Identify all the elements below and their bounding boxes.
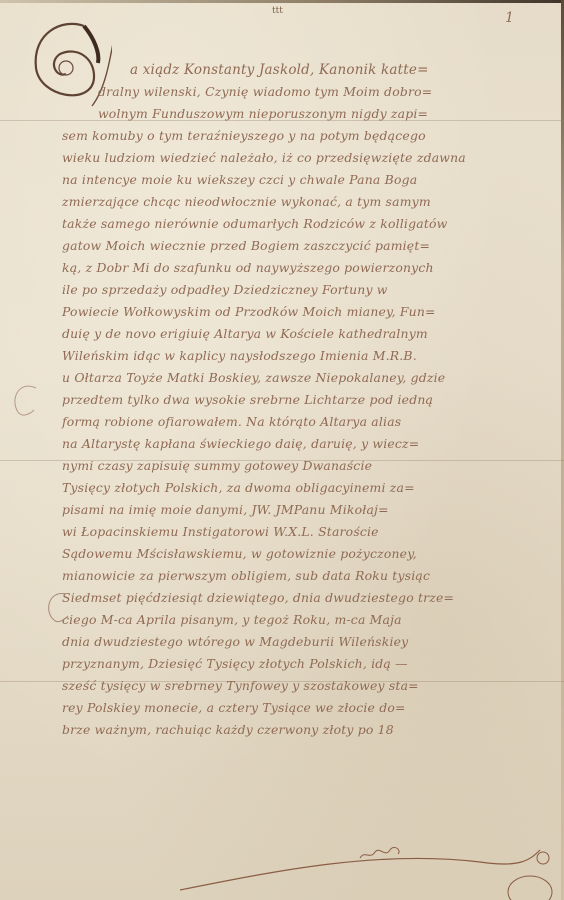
text-line: przedtem tylko dwa wysokie srebrne Licht…	[62, 392, 433, 407]
text-line: pisami na imię moie danymi, JW. JMPanu M…	[62, 502, 389, 517]
text-line: a xiądz Konstanty Jaskold, Kanonik katte…	[130, 62, 429, 78]
text-line: sześć tysięcy w srebrney Tynfowey y szos…	[62, 678, 419, 693]
text-line: mianowicie za pierwszym obligiem, sub da…	[62, 568, 430, 583]
text-line: wieku ludziom wiedzieć należało, iż co p…	[62, 150, 466, 165]
text-line: także samego nierównie odumarłych Rodzic…	[62, 216, 447, 231]
manuscript-page: ttt 1 a xiądz Konstanty Jaskold, Kanonik…	[0, 0, 564, 900]
page-top-edge	[0, 0, 564, 3]
text-line: ciego M-ca Aprila pisanym, y tegoż Roku,…	[62, 612, 402, 627]
text-line: Powiecie Wołkowyskim od Przodków Moich m…	[62, 304, 436, 319]
text-line: przyznanym, Dziesięć Tysięcy złotych Pol…	[62, 656, 408, 671]
text-line: wolnym Funduszowym nieporuszonym nigdy z…	[98, 106, 428, 121]
text-line: brze ważnym, rachuiąc każdy czerwony zło…	[62, 722, 394, 737]
text-line: rey Polskiey monecie, a cztery Tysiące w…	[62, 700, 406, 715]
text-line: formą robione ofiarowałem. Na którąto Al…	[62, 414, 401, 429]
closing-flourish-icon	[180, 820, 560, 900]
text-line: zmierzające chcąc nieodwłocznie wykonać,…	[62, 194, 431, 209]
text-line: dralny wilenski, Czynię wiadomo tym Moim…	[98, 84, 432, 99]
text-line: duię y de novo erigiuię Altarya w Koście…	[62, 326, 428, 341]
text-line: Tysięcy złotych Polskich, za dwoma oblig…	[62, 480, 415, 495]
margin-flourish-icon	[40, 588, 70, 628]
text-line: dnia dwudziestego wtórego w Magdeburii W…	[62, 634, 408, 649]
text-line: u Ołtarza Toyże Matki Boskiey, zawsze Ni…	[62, 370, 445, 385]
text-line: gatow Moich wiecznie przed Bogiem zaszcz…	[62, 238, 430, 253]
text-line: na Altarystę kapłana świeckiego daię, da…	[62, 436, 419, 451]
page-number: 1	[505, 10, 514, 26]
margin-flourish-icon	[8, 380, 38, 420]
text-line: Wileńskim idąc w kaplicy naysłodszego Im…	[62, 348, 417, 363]
text-line: Siedmset pięćdziesiąt dziewiątego, dnia …	[62, 590, 454, 605]
text-line: wi Łopacinskiemu Instigatorowi W.X.L. St…	[62, 524, 379, 539]
text-line: ile po sprzedaży odpadłey Dziedziczney F…	[62, 282, 388, 297]
text-line: ką, z Dobr Mi do szafunku od naywyższego…	[62, 260, 434, 275]
text-line: na intencye moie ku wiekszey czci y chwa…	[62, 172, 417, 187]
top-marker: ttt	[272, 6, 283, 16]
text-line: sem komuby o tym teraźnieyszego y na pot…	[62, 128, 426, 143]
text-line: nymi czasy zapisuię summy gotowey Dwanaś…	[62, 458, 372, 473]
text-line: Sądowemu Mścisławskiemu, w gotowiznie po…	[62, 546, 417, 561]
